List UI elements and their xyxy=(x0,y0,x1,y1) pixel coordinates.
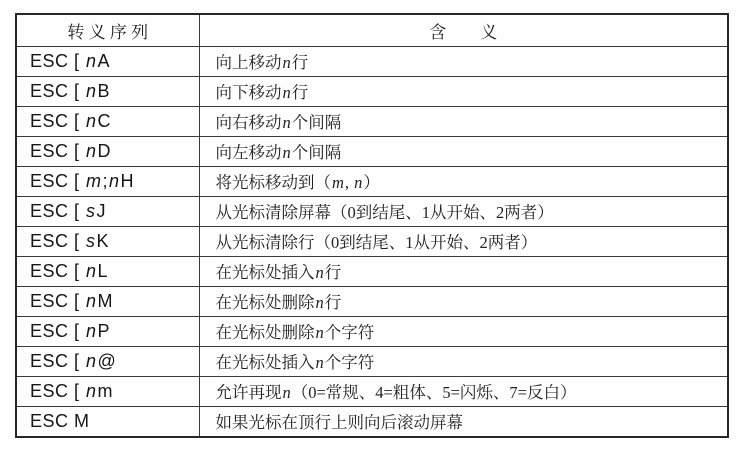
sequence-cell: ESC [ nD xyxy=(16,136,199,166)
header-escape-sequence: 转 义 序 列 xyxy=(16,14,199,47)
table-row: ESC [ nm 允许再现n（0=常规、4=粗体、5=闪烁、7=反白） xyxy=(16,376,728,406)
table-body: ESC [ nA 向上移动n行 ESC [ nB 向下移动n行 ESC [ nC… xyxy=(16,47,728,438)
table-row: ESC [ sK 从光标清除行（0到结尾、1从开始、2两者） xyxy=(16,226,728,256)
sequence-cell: ESC [ n@ xyxy=(16,346,199,376)
header-meaning: 含 义 xyxy=(199,14,728,47)
meaning-cell: 在光标处插入n个字符 xyxy=(199,346,728,376)
table-row: ESC [ nM 在光标处删除n行 xyxy=(16,286,728,316)
meaning-cell: 在光标处删除n个字符 xyxy=(199,316,728,346)
sequence-cell: ESC M xyxy=(16,406,199,437)
sequence-cell: ESC [ nP xyxy=(16,316,199,346)
meaning-cell: 向下移动n行 xyxy=(199,76,728,106)
sequence-cell: ESC [ nC xyxy=(16,106,199,136)
meaning-cell: 如果光标在顶行上则向后滚动屏幕 xyxy=(199,406,728,437)
escape-sequence-table-container: 转 义 序 列 含 义 ESC [ nA 向上移动n行 ESC [ nB 向下移… xyxy=(15,13,729,438)
meaning-cell: 从光标清除屏幕（0到结尾、1从开始、2两者） xyxy=(199,196,728,226)
sequence-cell: ESC [ nA xyxy=(16,47,199,77)
table-row: ESC [ m;nH 将光标移动到（m, n） xyxy=(16,166,728,196)
table-row: ESC [ nP 在光标处删除n个字符 xyxy=(16,316,728,346)
meaning-cell: 在光标处删除n行 xyxy=(199,286,728,316)
meaning-cell: 从光标清除行（0到结尾、1从开始、2两者） xyxy=(199,226,728,256)
sequence-cell: ESC [ nM xyxy=(16,286,199,316)
table-row: ESC [ nD 向左移动n个间隔 xyxy=(16,136,728,166)
table-row: ESC [ nL 在光标处插入n行 xyxy=(16,256,728,286)
sequence-cell: ESC [ nB xyxy=(16,76,199,106)
meaning-cell: 将光标移动到（m, n） xyxy=(199,166,728,196)
sequence-cell: ESC [ sK xyxy=(16,226,199,256)
escape-sequence-table: 转 义 序 列 含 义 ESC [ nA 向上移动n行 ESC [ nB 向下移… xyxy=(15,13,729,438)
meaning-cell: 在光标处插入n行 xyxy=(199,256,728,286)
table-row: ESC [ sJ 从光标清除屏幕（0到结尾、1从开始、2两者） xyxy=(16,196,728,226)
table-row: ESC [ n@ 在光标处插入n个字符 xyxy=(16,346,728,376)
header-row: 转 义 序 列 含 义 xyxy=(16,14,728,47)
sequence-cell: ESC [ nL xyxy=(16,256,199,286)
meaning-cell: 向右移动n个间隔 xyxy=(199,106,728,136)
table-row: ESC [ nA 向上移动n行 xyxy=(16,47,728,77)
meaning-cell: 允许再现n（0=常规、4=粗体、5=闪烁、7=反白） xyxy=(199,376,728,406)
sequence-cell: ESC [ m;nH xyxy=(16,166,199,196)
table-row: ESC [ nB 向下移动n行 xyxy=(16,76,728,106)
sequence-cell: ESC [ nm xyxy=(16,376,199,406)
sequence-cell: ESC [ sJ xyxy=(16,196,199,226)
meaning-cell: 向上移动n行 xyxy=(199,47,728,77)
table-row: ESC [ nC 向右移动n个间隔 xyxy=(16,106,728,136)
table-row: ESC M 如果光标在顶行上则向后滚动屏幕 xyxy=(16,406,728,437)
meaning-cell: 向左移动n个间隔 xyxy=(199,136,728,166)
